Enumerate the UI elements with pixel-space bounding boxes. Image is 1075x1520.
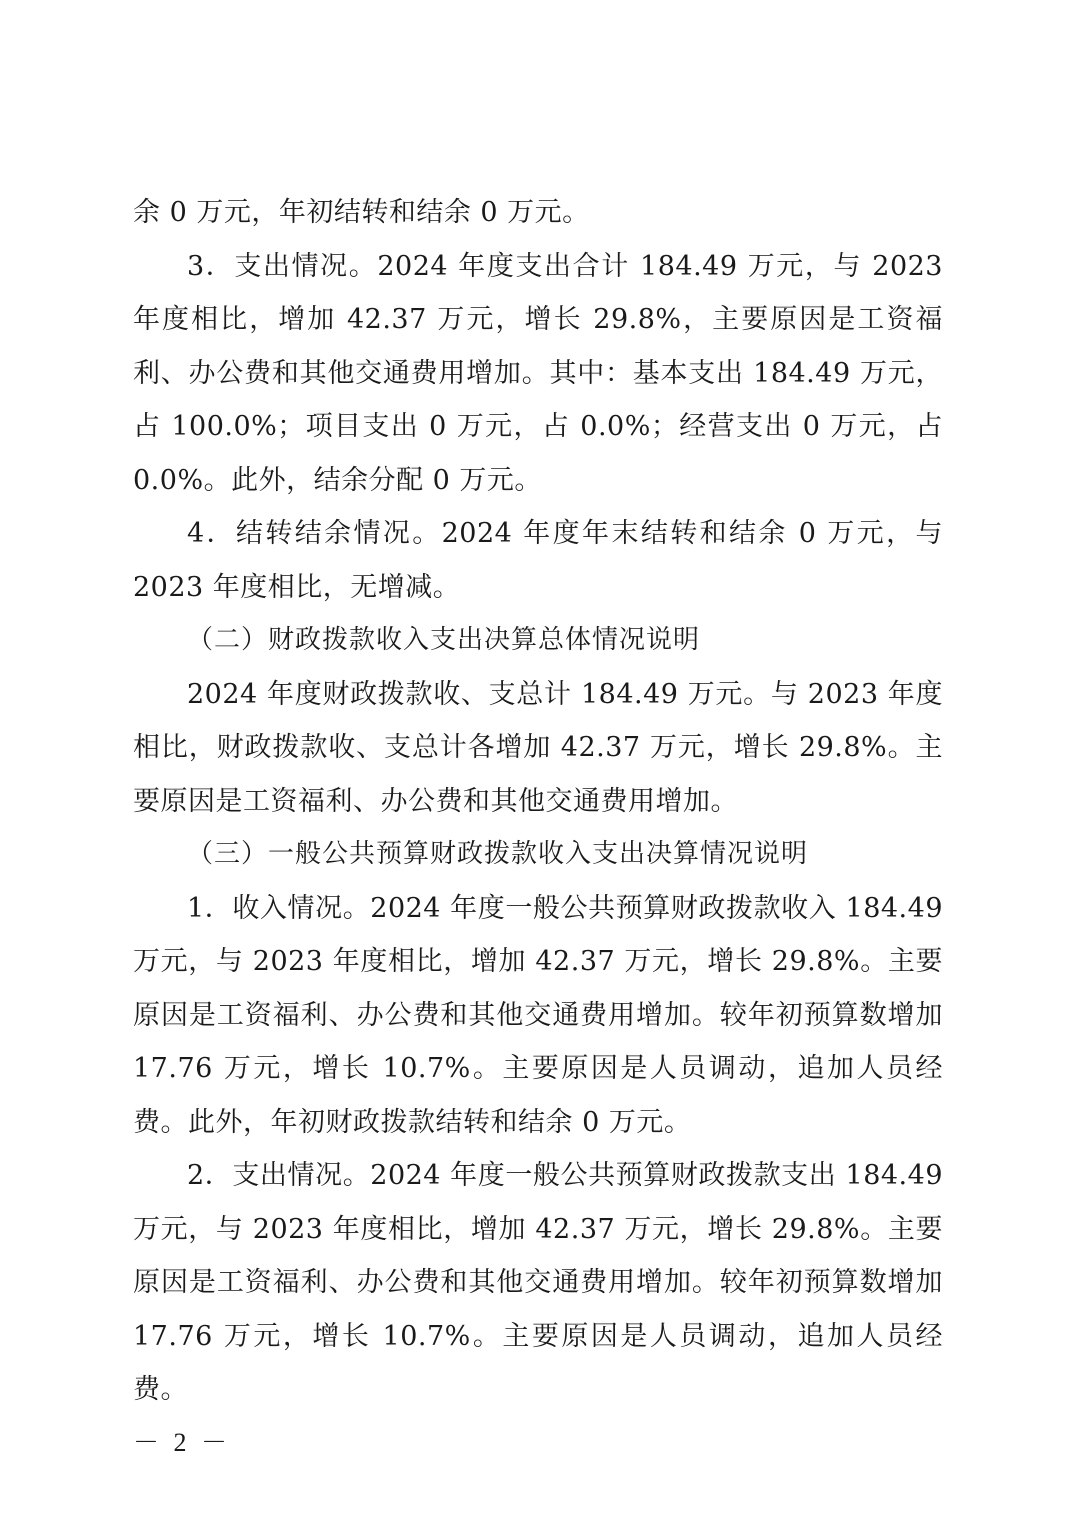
section-heading-3: （三）一般公共预算财政拨款收入支出决算情况说明 [133,828,943,882]
section-heading-2: （二）财政拨款收入支出决算总体情况说明 [133,614,943,668]
paragraph-continuation: 余 0 万元，年初结转和结余 0 万元。 [133,186,943,240]
paragraph-fiscal-overview: 2024 年度财政拨款收、支总计 184.49 万元。与 2023 年度相比，财… [133,668,943,829]
paragraph-spending: 2．支出情况。2024 年度一般公共预算财政拨款支出 184.49 万元，与 2… [133,1149,943,1417]
document-page: 余 0 万元，年初结转和结余 0 万元。 3．支出情况。2024 年度支出合计 … [133,186,943,1417]
paragraph-carryover: 4．结转结余情况。2024 年度年末结转和结余 0 万元，与 2023 年度相比… [133,507,943,614]
page-number: － 2 － [133,1428,231,1458]
paragraph-expenditure: 3．支出情况。2024 年度支出合计 184.49 万元，与 2023 年度相比… [133,240,943,508]
paragraph-income: 1．收入情况。2024 年度一般公共预算财政拨款收入 184.49 万元，与 2… [133,882,943,1150]
